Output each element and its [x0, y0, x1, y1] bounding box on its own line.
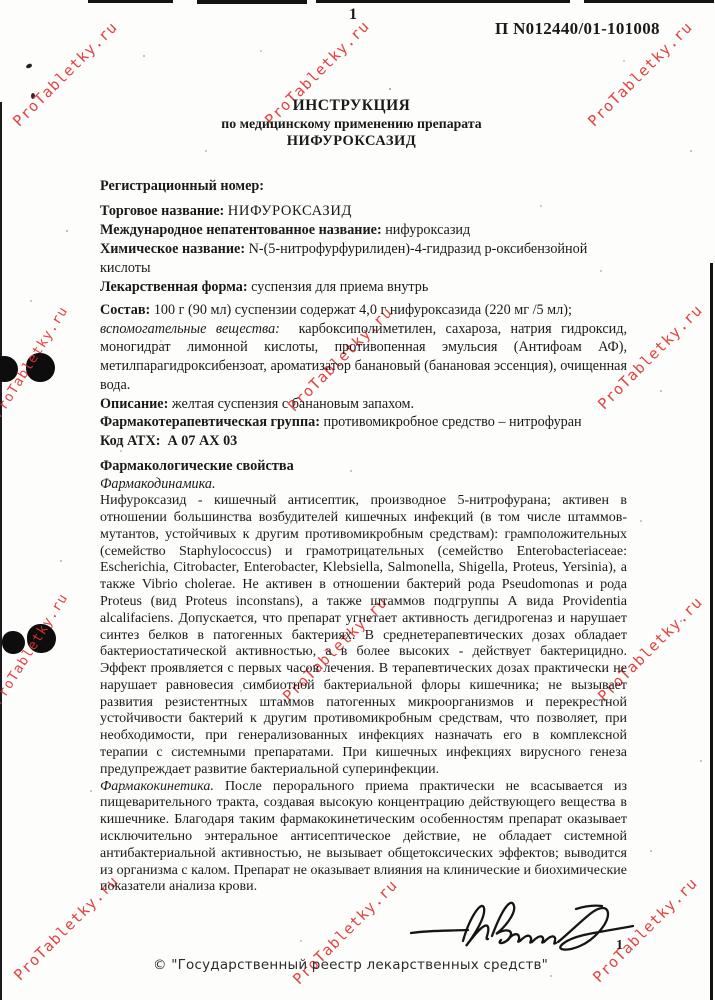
atc-code-label: Код АТХ: — [100, 433, 160, 449]
reg-number-label: Регистрационный номер: — [100, 178, 264, 194]
scanned-document-page: ProTabletky.ru ProTabletky.ru ProTabletk… — [0, 0, 715, 1000]
scan-specks — [0, 0, 2, 2]
pharmacology-heading: Фармакологические свойства — [100, 458, 627, 475]
composition-label: Состав: — [100, 302, 150, 318]
field-dosage-form: Лекарственная форма: суспензия для прием… — [100, 278, 627, 297]
ink-speck — [25, 63, 32, 69]
page-number-bottom: 1 — [616, 938, 623, 954]
composition-paragraph: Состав: 100 г (90 мл) суспензии содержат… — [100, 301, 627, 395]
document-content: ИНСТРУКЦИЯ по медицинскому применению пр… — [100, 0, 627, 896]
field-inn: Международное непатентованное название: … — [100, 221, 627, 240]
pharm-group-label: Фармакотерапевтическая группа: — [100, 414, 320, 430]
trade-name-value: НИФУРОКСАЗИД — [228, 203, 352, 219]
inn-value: нифуроксазид — [385, 222, 470, 238]
scan-border-right — [710, 263, 713, 1000]
title-drug-name: НИФУРОКСАЗИД — [76, 133, 627, 150]
pharm-group-value: противомикробное средство – нитрофуран — [324, 414, 582, 430]
dosage-form-value: суспензия для приема внутрь — [251, 279, 428, 295]
pharmacokinetics-label: Фармакокинетика. — [100, 779, 214, 794]
atc-code-value: А 07 АХ 03 — [168, 433, 238, 449]
field-chemical-name: Химическое название: N-(5-нитрофурфурили… — [100, 240, 627, 278]
registration-fields: Регистрационный номер: Торговое название… — [100, 177, 627, 297]
pharmacokinetics-paragraph: Фармакокинетика. После перорального прие… — [100, 779, 627, 897]
pharm-group-line: Фармакотерапевтическая группа: противоми… — [100, 413, 627, 432]
trade-name-label: Торговое название: — [100, 203, 224, 219]
title-instruction: ИНСТРУКЦИЯ — [76, 97, 627, 114]
chemical-name-label: Химическое название: — [100, 241, 245, 257]
document-title: ИНСТРУКЦИЯ по медицинскому применению пр… — [76, 97, 627, 150]
pharmacokinetics-text: После перорального приема практически не… — [100, 779, 627, 895]
inn-label: Международное непатентованное название: — [100, 222, 382, 238]
field-trade-name: Торговое название: НИФУРОКСАЗИД — [100, 202, 627, 221]
scan-border-left — [0, 102, 2, 1000]
composition-value: 100 г (90 мл) суспензии содержат 4,0 г н… — [154, 302, 572, 318]
dosage-form-label: Лекарственная форма: — [100, 279, 248, 295]
atc-code-line: Код АТХ: А 07 АХ 03 — [100, 432, 627, 451]
pharmacodynamics-label: Фармакодинамика. — [100, 476, 627, 494]
description-line: Описание: желтая суспензия с банановым з… — [100, 395, 627, 414]
title-subtitle: по медицинскому применению препарата — [76, 115, 627, 132]
description-value: желтая суспензия с банановым запахом. — [172, 396, 414, 412]
description-label: Описание: — [100, 396, 168, 412]
pharmacodynamics-paragraph: Нифуроксазид - кишечный антисептик, прои… — [100, 493, 627, 779]
excipients-label: вспомогательные вещества: — [100, 321, 280, 337]
copyright-line: © "Государственный реестр лекарственных … — [153, 957, 548, 973]
